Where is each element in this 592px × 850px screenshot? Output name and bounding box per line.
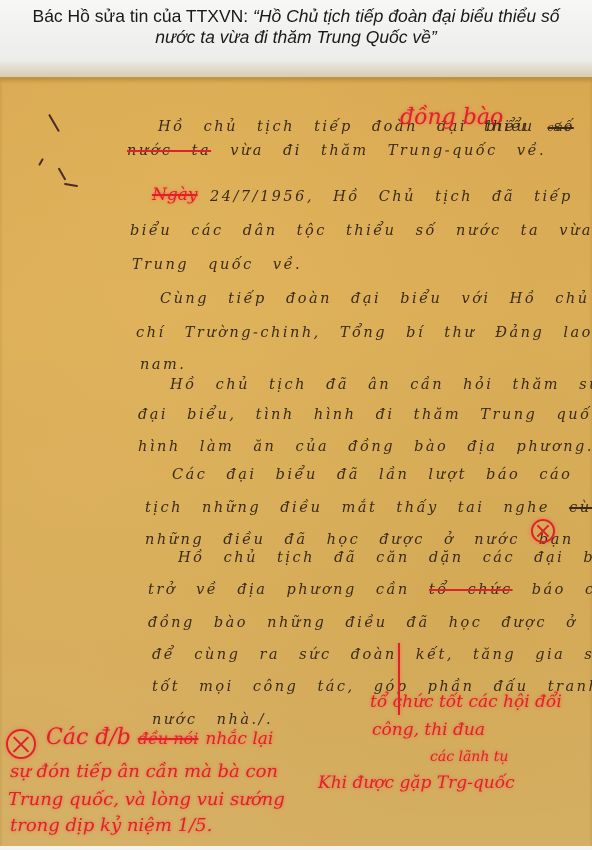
caption-quote-1: “Hồ Chủ tịch tiếp đoàn đại biểu thiểu số: [253, 6, 559, 26]
red-footnote-line-1: Các đ/b đều nói nhắc lại: [46, 725, 273, 750]
title-line-2: nước ta vừa đi thăm Trung-quốc về.: [127, 143, 546, 159]
para1-line3: Trung quốc về.: [132, 257, 302, 273]
red-footnote-right-1: các lãnh tụ: [430, 749, 508, 765]
caption-quote-2: nước ta vừa đi thăm Trung Quốc về”: [0, 27, 592, 48]
paper-top-edge: [0, 62, 592, 77]
para5-line4: đồng bào những điều đã học được ở Trung …: [148, 615, 592, 631]
para4-line2: tịch những điều mắt thấy tai nghe cùng n…: [145, 500, 592, 516]
red-footnote-line-2: sự đón tiếp ân cần mà bà con: [10, 761, 278, 782]
title-rest: vừa đi thăm Trung-quốc về.: [230, 143, 546, 159]
para2-line2: chí Trường-chinh, Tổng bí thư Đảng lao-đ…: [136, 325, 592, 341]
para1-line2: biểu các dân tộc thiểu số nước ta vừa đi…: [130, 223, 592, 239]
para5-line2-end: báo cáo lại với: [532, 582, 592, 598]
para5-line5: để cùng ra sức đoàn kết, tăng gia sản xu…: [152, 647, 592, 663]
margin-pen-mark: [38, 158, 44, 166]
red-footnote-circle-x: [6, 729, 36, 759]
para4-line3: những điều đã học được ở nước bạn Trung-…: [145, 532, 592, 548]
red-footnote-text: Các đ/b: [46, 725, 131, 750]
margin-pen-mark: [64, 183, 78, 187]
red-footnote-right-2: Khi được gặp Trg-quốc: [318, 773, 515, 793]
red-footnote-text-2: nhắc lại: [205, 729, 273, 749]
title-struck-phrase: nước ta: [127, 143, 211, 159]
para3-line3: hình làm ăn của đồng bào địa phương.: [138, 439, 592, 455]
red-footnote-line-4: trong dịp kỷ niệm 1/5.: [10, 815, 212, 836]
para4-line1: Các đại biểu đã lần lượt báo cáo với Hồ-…: [172, 467, 592, 483]
para5-line1: Hồ chủ tịch đã căn dặn các đại biểu, khi: [178, 550, 592, 566]
para2-line3: nam.: [140, 357, 186, 373]
margin-pen-mark: [58, 167, 67, 180]
red-date-prefix: Ngày: [152, 185, 198, 205]
para4-line2-text: tịch những điều mắt thấy tai nghe: [145, 500, 550, 516]
para5-line2-text: trở về địa phương cần: [148, 582, 410, 598]
red-footnote-struck: đều nói: [138, 729, 199, 748]
para4-struck-word: cùng: [569, 500, 592, 516]
red-circle-x-mark: [531, 519, 555, 543]
caption-line-1: Bác Hồ sửa tin của TTXVN: “Hồ Chủ tịch t…: [0, 6, 592, 27]
para3-line1: Hồ chủ tịch đã ân cần hỏi thăm sức khoẻ …: [170, 377, 592, 393]
para2-line1: Cùng tiếp đoàn đại biểu với Hồ chủ tịch,…: [160, 291, 592, 307]
para3-line2: đại biểu, tình hình đi thăm Trung quốc v…: [138, 407, 592, 423]
para1-line1: 24/7/1956, Hồ Chủ tịch đã tiếp đoàn đại: [210, 189, 592, 205]
red-insert-right-1: tổ chức tốt các hội đổi: [370, 692, 562, 712]
manuscript-page: Hồ chủ tịch tiếp đoàn đại biểu các đồng …: [0, 77, 592, 846]
margin-pen-mark: [48, 114, 60, 132]
para5-line2: trở về địa phương cần tổ chức báo cáo lạ…: [148, 582, 592, 598]
para5-struck-phrase: tổ chức: [429, 582, 513, 598]
title-line-1-end: thiểu số: [484, 119, 575, 135]
caption-banner: Bác Hồ sửa tin của TTXVN: “Hồ Chủ tịch t…: [0, 0, 592, 62]
red-footnote-line-3: Trung quốc, và lòng vui sướng: [8, 789, 285, 810]
caption-prefix: Bác Hồ sửa tin của TTXVN:: [33, 6, 254, 26]
red-insert-right-2: công, thi đua: [372, 720, 485, 740]
